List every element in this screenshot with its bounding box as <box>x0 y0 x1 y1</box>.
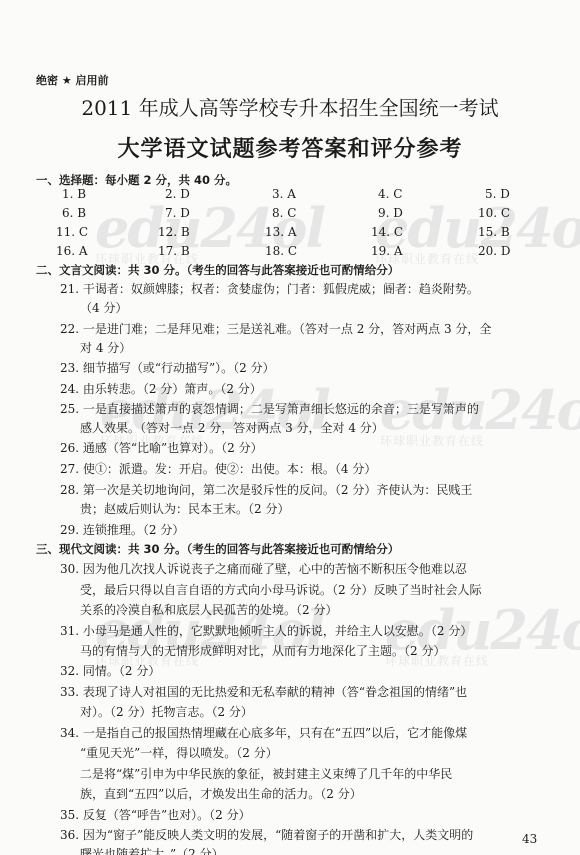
answer-item: 7. D <box>165 206 190 220</box>
answer-item: 17. B <box>158 244 190 258</box>
answer-line: 22. 一是进门难；二是拜见难；三是送礼难。（答对一点 2 分，答对两点 3 分… <box>60 320 491 337</box>
answer-item: 20. D <box>478 244 511 258</box>
answer-item: 4. C <box>378 187 402 201</box>
answer-line: 关系的冷漠自私和底层人民孤苦的处境。（2 分） <box>80 601 337 618</box>
answer-item: 5. D <box>485 187 510 201</box>
answer-item: 6. B <box>62 206 86 220</box>
answer-item: 11. C <box>56 225 88 239</box>
answer-line: 27. 使①：派遣。发：开启。使②：出使。本：根。（4 分） <box>60 460 376 477</box>
answer-item: 8. C <box>272 206 296 220</box>
answer-line: 29. 连锁推理。（2 分） <box>60 521 184 538</box>
answer-line: 感人效果。（答对一点 2 分，答对两点 3 分，全对 4 分） <box>80 419 384 436</box>
answer-item: 2. D <box>165 187 190 201</box>
answer-line: “重见天光”一样，得以喷发。（2 分） <box>80 744 278 761</box>
answer-line: 32. 同情。（2 分） <box>60 662 160 679</box>
section-heading-modern-reading: 三、现代文阅读：共 30 分。（考生的回答与此答案接近也可酌情给分） <box>36 541 399 557</box>
answer-line: 24. 由乐转悲。（2 分）箫声。（2 分） <box>60 380 262 397</box>
answer-item: 9. D <box>378 206 403 220</box>
document-title: 大学语文试题参考答案和评分参考 <box>0 132 580 163</box>
answer-line: 23. 细节描写（或“行动描写”）。（2 分） <box>60 359 275 376</box>
answer-line: 贵；赵威后则认为：民本王末。（2 分） <box>80 500 289 517</box>
answer-item: 1. B <box>62 187 86 201</box>
answer-line: 受，最后只得以自言自语的方式向小母马诉说。（2 分）反映了当时社会人际 <box>80 581 481 598</box>
answer-item: 18. C <box>265 244 297 258</box>
answer-line: 30. 因为他几次找人诉说丧子之痛而碰了壁，心中的苦恼不断积压令他难以忍 <box>60 560 467 577</box>
answer-item: 10. C <box>478 206 510 220</box>
answer-line: 马的有情与人的无情形成鲜明对比，从而有力地深化了主题。（2 分） <box>80 642 445 659</box>
answer-item: 14. C <box>371 225 403 239</box>
answer-item: 12. B <box>158 225 190 239</box>
answer-line: 对）。（2 分）托物言志。（2 分） <box>80 703 253 720</box>
answer-line: 34. 一是指自己的报国热情埋藏在心底多年，只有在“五四”以后，它才能像煤 <box>60 724 467 741</box>
exam-title: 2011 年成人高等学校专升本招生全国统一考试 <box>0 92 580 121</box>
section-heading-classical-reading: 二、文言文阅读：共 30 分。（考生的回答与此答案接近也可酌情给分） <box>36 262 399 278</box>
answer-line: 36. 因为“窗子”能反映人类文明的发展，“随着窗子的开凿和扩大，人类文明的 <box>60 826 473 843</box>
answer-item: 15. B <box>478 225 510 239</box>
answer-item: 13. A <box>265 225 297 239</box>
answer-line: （4 分） <box>80 299 127 316</box>
answer-line: 25. 一是直接描述箫声的哀怨情调；二是写箫声细长悠远的余音；三是写箫声的 <box>60 400 479 417</box>
secret-mark: 绝密 ★ 启用前 <box>36 72 109 88</box>
answer-line: 对 4 分） <box>80 339 131 356</box>
answer-line: 二是将“煤”引申为中华民族的象征，被封建主义束缚了几千年的中华民 <box>80 765 452 782</box>
answer-item: 19. A <box>371 244 403 258</box>
answer-line: 21. 干谒者：奴颜婢膝；权者：贪婪虚伪；门者：狐假虎威；阍者：趋炎附势。 <box>60 280 479 297</box>
answer-line: 35. 反复（答“呼告”也对）。（2 分） <box>60 806 251 823</box>
answer-line: 26. 通感（答“比喻”也算对）。（2 分） <box>60 439 263 456</box>
answer-line: 族，直到“五四”以后，才焕发出生命的活力。（2 分） <box>80 785 362 802</box>
answer-line: 28. 第一次是关切地询问，第二次是驳斥性的反问。（2 分）齐使认为：民贱王 <box>60 481 472 498</box>
answer-item: 3. A <box>272 187 296 201</box>
answer-line: 33. 表现了诗人对祖国的无比热爱和无私奉献的精神（答“眷念祖国的情绪”也 <box>60 683 467 700</box>
answer-line: 曙光也随着扩大。”（2 分） <box>80 845 224 855</box>
answer-item: 16. A <box>56 244 88 258</box>
section-heading-multiple-choice: 一、选择题：每小题 2 分，共 40 分。 <box>36 172 237 188</box>
page-number: 43 <box>522 832 537 846</box>
answer-line: 31. 小母马是通人性的，它默默地倾听主人的诉说，并给主人以安慰。（2 分） <box>60 622 472 639</box>
